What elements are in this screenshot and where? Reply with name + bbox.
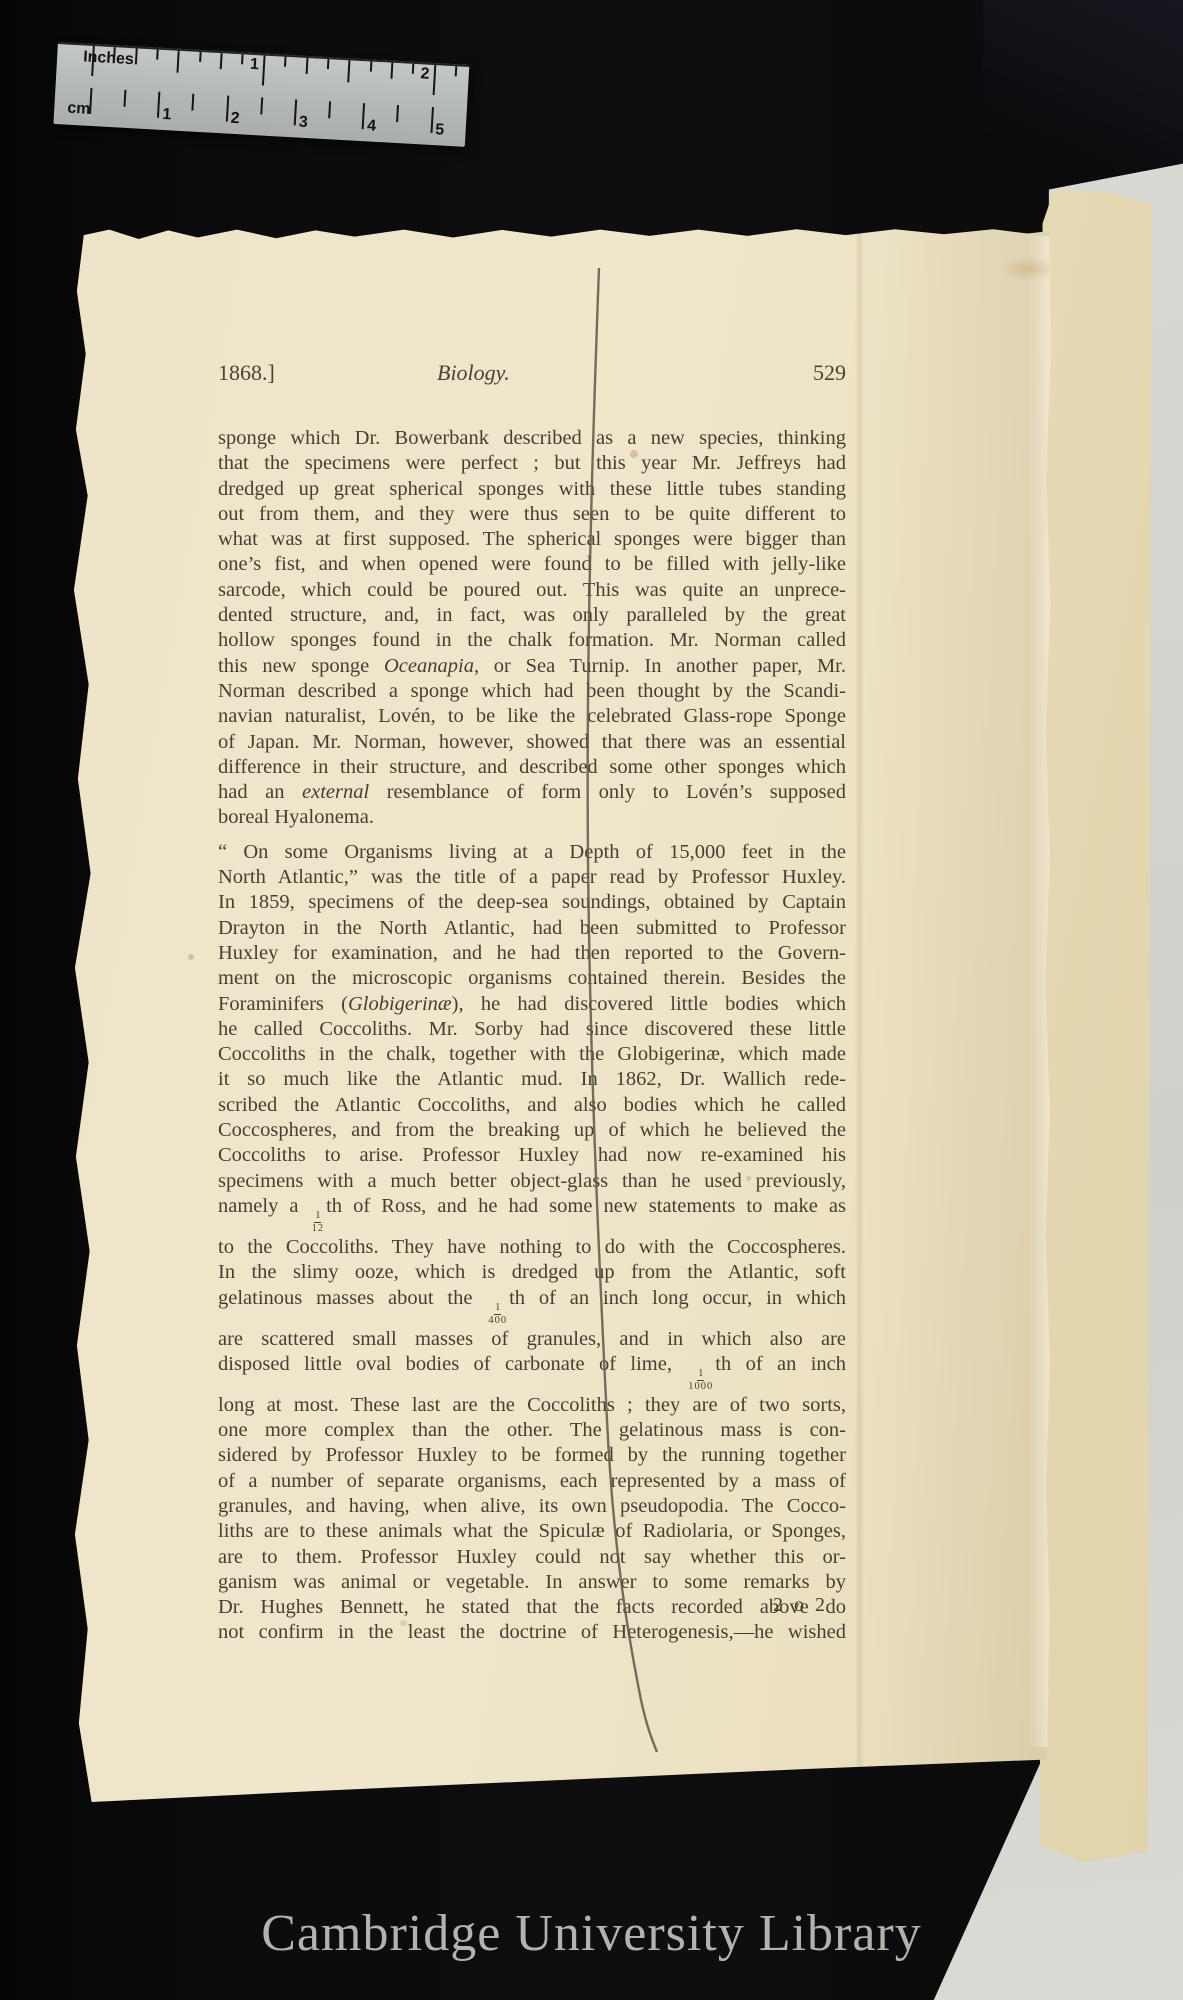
inch-tick — [369, 61, 372, 71]
cm-tick — [225, 96, 228, 122]
text-line: not confirm in the least the doctrine of… — [218, 1620, 846, 1645]
measuring-ruler: Inches cm 12 12345 — [53, 42, 469, 147]
text-line: out from them, and they were thus seen t… — [218, 502, 846, 527]
text-line: namely a 112th of Ross, and he had some … — [218, 1194, 846, 1235]
cm-tick — [89, 88, 92, 114]
text-line: are scattered small masses of granules, … — [218, 1327, 846, 1352]
text-line: are to them. Professor Huxley could not … — [218, 1545, 846, 1570]
text-line: this new sponge Oceanapia, or Sea Turnip… — [218, 654, 846, 679]
cm-number: 4 — [367, 117, 377, 135]
underlying-page-edge — [1038, 190, 1152, 1862]
text-line: Dr. Hughes Bennett, he stated that the f… — [218, 1595, 846, 1620]
fox-spot — [188, 954, 194, 960]
text-line: Coccoliths in the chalk, together with t… — [218, 1042, 846, 1067]
cm-tick — [260, 97, 263, 114]
text-line: hollow sponges found in the chalk format… — [218, 628, 846, 653]
inch-tick — [199, 52, 202, 62]
ruler-inches-label: Inches — [83, 48, 135, 69]
inch-tick — [305, 58, 308, 74]
inch-tick — [177, 51, 180, 73]
cm-tick — [124, 90, 127, 107]
text-line: navian naturalist, Lovén, to be like the… — [218, 704, 846, 729]
inch-number: 1 — [234, 55, 259, 74]
cm-tick — [294, 99, 297, 125]
text-line: Norman described a sponge which had been… — [218, 679, 846, 704]
inch-tick — [156, 50, 159, 60]
header-year: 1868.] — [218, 360, 275, 386]
inch-tick — [327, 59, 330, 69]
text-line: sponge which Dr. Bowerbank described as … — [218, 426, 846, 451]
scanned-page-canvas: 1868.] Biology. 529 sponge which Dr. Bow… — [0, 0, 1183, 2000]
signature-mark: 2 o 2 — [773, 1594, 828, 1617]
text-line: liths are to these animals what the Spic… — [218, 1519, 846, 1544]
text-line: Drayton in the North Atlantic, had been … — [218, 916, 846, 941]
cm-tick — [430, 107, 433, 133]
text-line: sarcode, which could be poured out. This… — [218, 578, 846, 603]
text-line: boreal Hyalonema. — [218, 805, 846, 830]
inch-tick — [455, 66, 458, 76]
text-line: scribed the Atlantic Coccoliths, and als… — [218, 1093, 846, 1118]
paragraph: “ On some Organisms living at a Depth of… — [218, 840, 846, 1646]
header-page-number: 529 — [813, 360, 846, 386]
text-line: difference in their structure, and descr… — [218, 755, 846, 780]
library-stamp: Cambridge University Library — [0, 1904, 1183, 1963]
cm-number: 5 — [435, 121, 445, 139]
text-line: Huxley for examination, and he had then … — [218, 941, 846, 966]
cm-number: 3 — [298, 114, 308, 132]
cm-number: 2 — [230, 110, 240, 128]
inch-tick — [390, 63, 393, 79]
inch-tick — [432, 65, 436, 95]
body-text: sponge which Dr. Bowerbank described as … — [218, 426, 846, 1646]
text-line: had an external resemblance of form only… — [218, 780, 846, 805]
text-line: of Japan. Mr. Norman, however, showed th… — [218, 730, 846, 755]
text-line: that the specimens were perfect ; but th… — [218, 451, 846, 476]
text-line: Coccospheres, and from the breaking up o… — [218, 1118, 846, 1143]
text-line: one’s fist, and when opened were found t… — [218, 552, 846, 577]
inch-tick — [220, 53, 223, 69]
text-line: long at most. These last are the Coccoli… — [218, 1393, 846, 1418]
fox-spot — [998, 256, 1058, 282]
inch-tick — [284, 57, 287, 67]
text-line: ganism was animal or vegetable. In answe… — [218, 1570, 846, 1595]
text-line: dredged up great spherical sponges with … — [218, 477, 846, 502]
text-line: dented structure, and, in fact, was only… — [218, 603, 846, 628]
text-line: North Atlantic,” was the title of a pape… — [218, 865, 846, 890]
text-line: Coccoliths to arise. Professor Huxley ha… — [218, 1143, 846, 1168]
text-line: one more complex than the other. The gel… — [218, 1418, 846, 1443]
ruler-cm-label: cm — [67, 100, 91, 119]
text-line: sidered by Professor Huxley to be formed… — [218, 1443, 846, 1468]
cm-tick — [362, 103, 365, 129]
fraction: 1400 — [488, 1303, 507, 1327]
text-line: In the slimy ooze, which is dredged up f… — [218, 1260, 846, 1285]
inch-tick — [262, 55, 266, 85]
text-line: “ On some Organisms living at a Depth of… — [218, 840, 846, 865]
text-line: what was at first supposed. The spherica… — [218, 527, 846, 552]
text-line: granules, and having, when alive, its ow… — [218, 1494, 846, 1519]
text-line: he called Coccoliths. Mr. Sorby had sinc… — [218, 1017, 846, 1042]
header-section-title: Biology. — [437, 360, 510, 386]
page-fold-crease — [855, 228, 864, 1802]
inch-tick — [347, 60, 350, 82]
page-header: 1868.] Biology. 529 — [218, 360, 846, 390]
cm-number: 1 — [162, 106, 172, 124]
inch-number: 2 — [405, 64, 430, 83]
text-line: disposed little oval bodies of carbonate… — [218, 1352, 846, 1393]
text-line: specimens with a much better object-glas… — [218, 1169, 846, 1194]
book-page: 1868.] Biology. 529 sponge which Dr. Bow… — [70, 228, 1052, 1802]
text-line: it so much like the Atlantic mud. In 186… — [218, 1067, 846, 1092]
text-line: of a number of separate organisms, each … — [218, 1469, 846, 1494]
text-line: gelatinous masses about the 1400th of an… — [218, 1286, 846, 1327]
text-line: In 1859, specimens of the deep-sea sound… — [218, 890, 846, 915]
cm-tick — [328, 101, 331, 118]
cm-tick — [396, 105, 399, 122]
text-line: to the Coccoliths. They have nothing to … — [218, 1235, 846, 1260]
text-line: ment on the microscopic organisms contai… — [218, 966, 846, 991]
fraction: 11000 — [688, 1369, 713, 1393]
cm-tick — [157, 92, 160, 118]
page-curve-shading — [857, 228, 1052, 1802]
text-line: Foraminifers (Globigerinæ), he had disco… — [218, 992, 846, 1017]
paragraph: sponge which Dr. Bowerbank described as … — [218, 426, 846, 831]
fraction: 112 — [312, 1211, 325, 1235]
inch-tick — [135, 48, 138, 64]
cm-tick — [192, 94, 195, 111]
